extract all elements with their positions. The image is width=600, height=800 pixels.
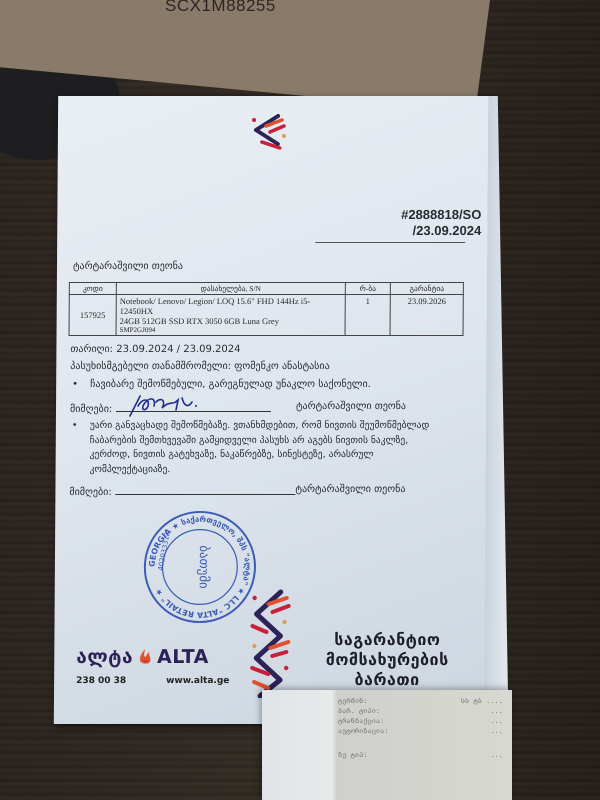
bullet-accepted: ჩავიბარე შემოწმებული, გარეგნულად უნაკლო …	[90, 379, 371, 390]
serial-number: SMP2GJ094	[120, 326, 342, 334]
divider	[315, 242, 465, 243]
box-serial-number: SCX1M88255	[165, 0, 276, 16]
header-warranty: გარანტია	[390, 283, 463, 295]
order-number: #2888818/SO /23.09.2024	[379, 207, 481, 239]
items-table: კოდი დასახელება, S/N რ-ბა გარანტია 15792…	[69, 282, 464, 336]
receipt-lines: ტერმინ:სს ტბ .... ბარ. ტიპი:... ტრანზაქც…	[338, 696, 503, 760]
receipt-label: ტრანზაქცია:	[338, 716, 384, 726]
company-stamp: GEORGIA ★ საქართველო, შპს "ალტა" ★ LLC "…	[140, 508, 259, 626]
alta-logo-mark-icon	[248, 110, 288, 152]
responsible-value: ფომენკო ანასტასია	[234, 361, 330, 372]
date-value: 23.09.2024 / 23.09.2024	[116, 344, 240, 355]
receiver-name-2: ტარტარაშვილი თეონა	[295, 484, 405, 495]
item-description: Notebook/ Lenovo/ Legion/ LOQ 15.6" FHD …	[116, 295, 345, 336]
title-line-3: ბარათი	[302, 670, 472, 690]
signature-line-2	[116, 484, 296, 495]
date-row: თარიღი: 23.09.2024 / 23.09.2024	[70, 344, 240, 355]
bullet-declined-inspection: უარი განვაცხადე შემოწმებაზე. ვთანხმდებით…	[90, 419, 430, 477]
handwritten-signature	[126, 392, 206, 418]
receipt-label: ტერმინ:	[338, 696, 368, 706]
header-code: კოდი	[69, 283, 116, 295]
receipt-line: ზე ტიპ:...	[338, 750, 503, 760]
table-header-row: კოდი დასახელება, S/N რ-ბა გარანტია	[69, 283, 463, 295]
item-code: 157925	[69, 295, 116, 336]
order-id: #2888818/SO	[379, 207, 481, 223]
brand-name-ka: ალტა	[76, 646, 133, 668]
header-description: დასახელება, S/N	[116, 283, 345, 295]
receipt-value: ...	[490, 716, 503, 726]
receipt-line: ტრანზაქცია:...	[338, 716, 503, 726]
title-line-2: მომსახურების	[302, 650, 472, 670]
brand-name-en: ALTA	[157, 646, 209, 668]
stamp-center-text: ბათუმი	[196, 545, 211, 588]
receiver-label-2: მიმღები:	[69, 487, 111, 498]
item-quantity: 1	[345, 295, 390, 336]
receipt-line: ბარ. ტიპი:...	[338, 706, 503, 716]
receipt-label: ბარ. ტიპი:	[338, 706, 380, 716]
description-line-2: 24GB 512GB SSD RTX 3050 6GB Luna Grey	[120, 316, 342, 326]
receipt-value: ...	[490, 726, 503, 736]
alta-zigzag-pattern-icon	[246, 586, 295, 698]
receipt-value: ...	[490, 706, 503, 716]
brand-website: www.alta.ge	[166, 676, 229, 686]
brand-logo: ალტა ALTA	[76, 646, 209, 668]
alta-brand-block: ალტა ALTA 238 00 38 www.alta.ge	[76, 646, 209, 668]
receipt-label: ზე ტიპ:	[338, 750, 368, 760]
brand-phone: 238 00 38	[76, 676, 126, 686]
receiver-name-1: ტარტარაშვილი თეონა	[296, 401, 406, 412]
receipt-line: ავტორიზაცია:...	[338, 726, 503, 736]
item-warranty: 23.09.2026	[390, 295, 463, 336]
table-row: 157925 Notebook/ Lenovo/ Legion/ LOQ 15.…	[69, 295, 463, 336]
warranty-card-title: საგარანტიო მომსახურების ბარათი	[302, 630, 472, 690]
receipt-value: ...	[490, 750, 503, 760]
header-quantity: რ-ბა	[345, 283, 390, 295]
warranty-card: #2888818/SO /23.09.2024 ტარტარაშვილი თეო…	[54, 96, 490, 724]
receiver-label: მიმღები:	[70, 404, 112, 415]
order-date: /23.09.2024	[379, 223, 481, 239]
date-label: თარიღი:	[70, 344, 113, 355]
receiver-row-2: მიმღები:	[69, 484, 295, 498]
payment-receipt: ტერმინ:სს ტბ .... ბარ. ტიპი:... ტრანზაქც…	[262, 690, 512, 800]
receipt-label: ავტორიზაცია:	[338, 726, 389, 736]
description-line-1: Notebook/ Lenovo/ Legion/ LOQ 15.6" FHD …	[120, 296, 342, 316]
flame-logo-icon	[137, 648, 153, 666]
store-employee-name: ტარტარაშვილი თეონა	[73, 261, 183, 272]
responsible-row: პასუხისმგებელი თანამშრომელი: ფომენკო ანა…	[70, 361, 329, 372]
receipt-value: სს ტბ ....	[461, 696, 503, 706]
responsible-label: პასუხისმგებელი თანამშრომელი:	[70, 361, 231, 372]
receipt-line: ტერმინ:სს ტბ ....	[338, 696, 503, 706]
title-line-1: საგარანტიო	[302, 630, 472, 650]
